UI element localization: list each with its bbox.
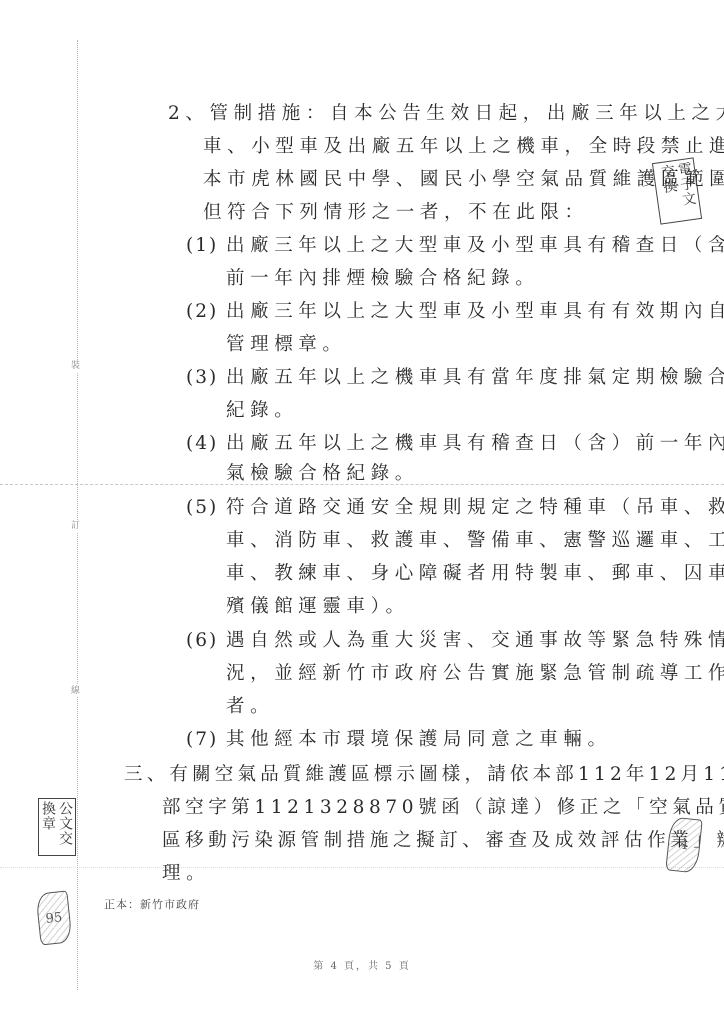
- copy-to-recipient: 正本：新竹市政府: [104, 896, 200, 912]
- seal-stamp-left: 95: [35, 890, 72, 945]
- exception-line: 前一年內排煙檢驗合格紀錄。: [226, 267, 539, 291]
- item2-line-1: 2、管制措施：自本公告生效日起，出廠三年以上之大型: [168, 102, 724, 126]
- exception-line: 遇自然或人為重大災害、交通事故等緊急特殊情: [226, 629, 724, 653]
- exception-line: 管理標章。: [226, 333, 347, 357]
- exception-line: 其他經本市環境保護局同意之車輛。: [226, 728, 612, 752]
- item2-line-3: 本市虎林國民中學、國民小學空氣品質維護區範圍，: [203, 168, 724, 192]
- exception-marker: (7): [186, 728, 218, 752]
- item2-line-4: 但符合下列情形之一者，不在此限：: [203, 201, 589, 225]
- fold-line-lower: [0, 867, 724, 868]
- exception-marker: (5): [186, 496, 218, 520]
- exception-line: 車、消防車、救護車、警備車、憲警巡邏車、工程: [226, 529, 724, 553]
- exception-line: 出廠五年以上之機車具有稽查日（含）前一年內排: [226, 432, 724, 456]
- item3-line-2: 部空字第1121328870號函（諒達）修正之「空氣品質維護: [162, 796, 724, 820]
- exception-line: 紀錄。: [226, 399, 298, 423]
- item2-line-2: 車、小型車及出廠五年以上之機車，全時段禁止進入: [203, 135, 724, 159]
- exception-line: 出廠三年以上之大型車及小型車具有有效期內自主: [226, 300, 724, 324]
- exception-marker: (6): [186, 629, 218, 653]
- exception-marker: (2): [186, 300, 218, 324]
- binding-label-xian: 線: [71, 685, 80, 697]
- seal-stamp-right: 4: [665, 816, 702, 873]
- exception-line: 殯儀館運靈車）。: [226, 595, 410, 619]
- exchange-stamp-top-right: 電子文交換: [652, 157, 702, 224]
- page-number: 第 4 頁，共 5 頁: [0, 957, 724, 972]
- binding-label-ding: 訂: [71, 520, 80, 532]
- exception-line: 出廠五年以上之機車具有當年度排氣定期檢驗合格: [226, 366, 724, 390]
- item3-line-3: 區移動污染源管制措施之擬訂、審查及成效評估作業」辦: [162, 829, 724, 853]
- exception-marker: (4): [186, 432, 218, 456]
- document-page: 裝 訂 線 2、管制措施：自本公告生效日起，出廠三年以上之大型 車、小型車及出廠…: [0, 0, 724, 1024]
- exception-line: 況，並經新竹市政府公告實施緊急管制疏導工作: [226, 662, 724, 686]
- item3-line-1: 三、有關空氣品質維護區標示圖樣，請依本部112年12月11日環: [124, 763, 724, 787]
- exception-line: 氣檢驗合格紀錄。: [226, 462, 419, 486]
- exception-line: 車、教練車、身心障礙者用特製車、郵車、囚車及: [226, 562, 724, 586]
- seal-number: 4: [679, 837, 689, 853]
- binding-label-zhuang: 裝: [71, 360, 80, 372]
- exception-marker: (1): [186, 234, 218, 258]
- exception-line: 者。: [226, 695, 274, 719]
- exchange-stamp-left: 公文交換章: [38, 798, 76, 856]
- item3-line-4: 理。: [162, 862, 210, 886]
- binding-line: [77, 40, 78, 990]
- exception-line: 出廠三年以上之大型車及小型車具有稽查日（含）: [226, 234, 724, 258]
- exception-line: 符合道路交通安全規則規定之特種車（吊車、救濟: [226, 496, 724, 520]
- seal-number: 95: [45, 910, 63, 927]
- exception-marker: (3): [186, 366, 218, 390]
